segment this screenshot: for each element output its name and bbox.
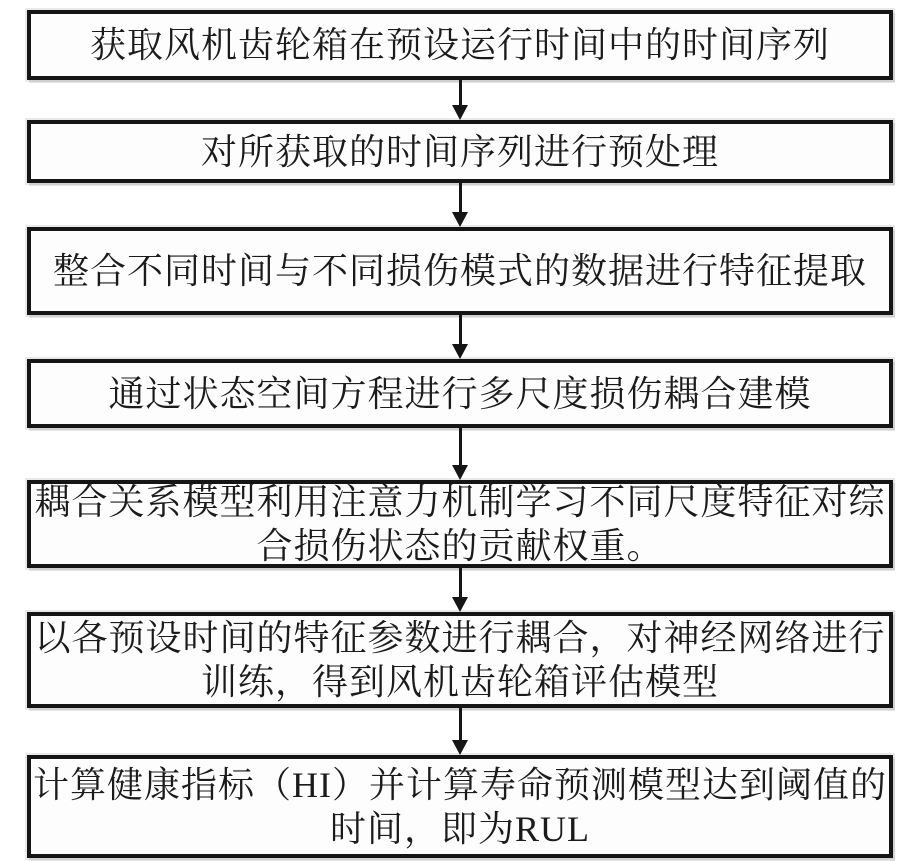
flowchart-step-1: 获取风机齿轮箱在预设运行时间中的时间序列 — [27, 10, 893, 80]
flowchart-step-3: 整合不同时间与不同损伤模式的数据进行特征提取 — [27, 227, 893, 315]
flowchart-figure: 获取风机齿轮箱在预设运行时间中的时间序列 对所获取的时间序列进行预处理 整合不同… — [0, 0, 916, 861]
arrow-down-icon — [27, 428, 893, 480]
arrow-head — [452, 597, 468, 612]
step-7-text-line-1: 计算健康指标（HI）并计算寿命预测模型达到阈值的 — [33, 763, 887, 807]
step-1-text-line-1: 获取风机齿轮箱在预设运行时间中的时间序列 — [90, 23, 830, 67]
arrow-line — [459, 568, 462, 597]
flowchart-step-5: 耦合关系模型利用注意力机制学习不同尺度特征对综 合损伤状态的贡献权重。 — [27, 480, 893, 568]
step-5-text-line-1: 耦合关系模型利用注意力机制学习不同尺度特征对综 — [35, 480, 886, 524]
arrow-head — [452, 105, 468, 120]
arrow-down-icon — [27, 80, 893, 120]
arrow-down-icon — [27, 183, 893, 227]
arrow-line — [459, 183, 462, 212]
arrow-line — [459, 708, 462, 740]
arrow-head — [452, 344, 468, 359]
step-3-text-line-1: 整合不同时间与不同损伤模式的数据进行特征提取 — [53, 249, 867, 293]
arrow-line — [459, 80, 462, 105]
arrow-down-icon — [27, 315, 893, 359]
flowchart-step-7: 计算健康指标（HI）并计算寿命预测模型达到阈值的 时间，即为RUL — [27, 755, 893, 858]
arrow-line — [459, 315, 462, 344]
flowchart-step-2: 对所获取的时间序列进行预处理 — [27, 120, 893, 183]
step-7-text-line-2: 时间，即为RUL — [330, 807, 590, 851]
flowchart-step-4: 通过状态空间方程进行多尺度损伤耦合建模 — [27, 359, 893, 428]
step-5-text-line-2: 合损伤状态的贡献权重。 — [256, 524, 663, 568]
arrow-down-icon — [27, 568, 893, 612]
arrow-head — [452, 465, 468, 480]
flowchart-step-6: 以各预设时间的特征参数进行耦合，对神经网络进行 训练，得到风机齿轮箱评估模型 — [27, 612, 893, 708]
arrow-head — [452, 740, 468, 755]
step-6-text-line-2: 训练，得到风机齿轮箱评估模型 — [201, 660, 719, 704]
arrow-line — [459, 428, 462, 465]
arrow-down-icon — [27, 708, 893, 755]
step-2-text-line-1: 对所获取的时间序列进行预处理 — [201, 130, 719, 174]
arrow-head — [452, 212, 468, 227]
step-6-text-line-1: 以各预设时间的特征参数进行耦合，对神经网络进行 — [35, 616, 886, 660]
flowchart: 获取风机齿轮箱在预设运行时间中的时间序列 对所获取的时间序列进行预处理 整合不同… — [27, 10, 893, 858]
step-4-text-line-1: 通过状态空间方程进行多尺度损伤耦合建模 — [108, 372, 811, 416]
